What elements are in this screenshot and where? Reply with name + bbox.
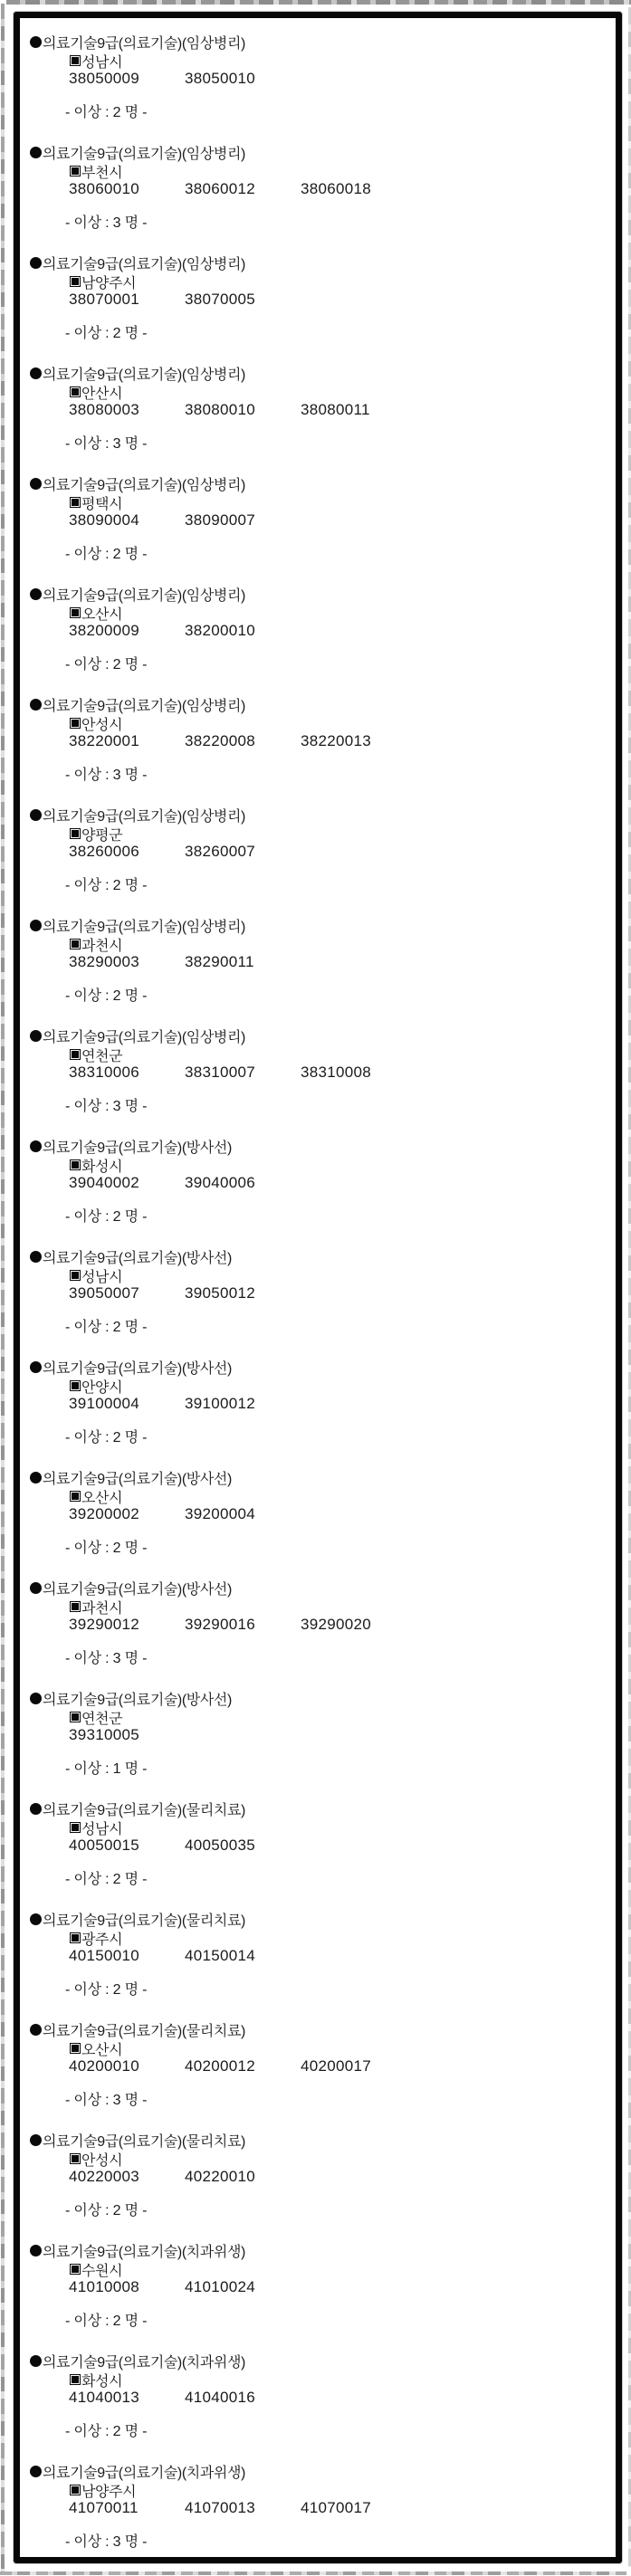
region-bullet-icon [70,55,81,66]
candidate-numbers-line: 382200013822000838220013 [20,732,616,750]
region-bullet-inner [72,278,79,285]
category-bullet-icon [30,588,42,600]
category-bullet-icon [30,2245,42,2256]
region-name: 양평군 [81,824,122,844]
result-block: 의료기술9급(의료기술)(임상병리) 부천시 38060010380600123… [20,143,616,229]
category-title: 의료기술9급(의료기술)(임상병리) [43,473,245,494]
category-title: 의료기술9급(의료기술)(방사선) [43,1578,232,1598]
count-line: - 이상 : 3 명 - [20,2088,616,2106]
category-bullet-icon [30,2024,42,2036]
category-bullet-icon [30,1140,42,1152]
category-line: 의료기술9급(의료기술)(물리치료) [20,2020,616,2039]
region-bullet-icon [70,2264,81,2275]
category-title: 의료기술9급(의료기술)(물리치료) [43,1798,245,1819]
category-title: 의료기술9급(의료기술)(방사선) [43,1357,232,1378]
region-name: 남양주시 [81,272,136,292]
candidate-number: 40220003 [69,2168,185,2186]
region-bullet-icon [70,1270,81,1281]
region-bullet-icon [70,1491,81,1502]
category-title: 의료기술9급(의료기술)(물리치료) [43,2019,245,2040]
region-bullet-inner [72,2486,79,2494]
candidate-number: 39040006 [185,1174,301,1192]
category-bullet-icon [30,1472,42,1484]
region-name: 안성시 [81,2149,122,2170]
candidate-number: 38310007 [185,1064,301,1082]
result-block: 의료기술9급(의료기술)(방사선) 연천군 39310005 - 이상 : 1 … [20,1689,616,1775]
count-line: - 이상 : 2 명 - [20,1867,616,1885]
region-line: 화성시 [20,2371,616,2389]
region-bullet-icon [70,1159,81,1170]
region-bullet-inner [72,388,79,396]
region-line: 오산시 [20,2039,616,2057]
candidate-numbers-line: 3829000338290011 [20,953,616,971]
document-frame: 의료기술9급(의료기술)(임상병리) 성남시 3805000938050010 … [14,12,622,2563]
region-line: 성남시 [20,1266,616,1284]
region-bullet-icon [70,828,81,839]
count-line: - 이상 : 2 명 - [20,873,616,892]
candidate-numbers-line: 392900123929001639290020 [20,1616,616,1634]
candidate-numbers-line: 3807000138070005 [20,291,616,309]
category-line: 의료기술9급(의료기술)(임상병리) [20,364,616,383]
count-line: - 이상 : 3 명 - [20,1646,616,1665]
candidate-number: 40200012 [185,2057,301,2075]
result-block: 의료기술9급(의료기술)(임상병리) 과천시 3829000338290011 … [20,916,616,1002]
category-line: 의료기술9급(의료기술)(치과위생) [20,2241,616,2260]
category-line: 의료기술9급(의료기술)(방사선) [20,1137,616,1156]
region-line: 연천군 [20,1045,616,1064]
candidate-number: 39100012 [185,1395,301,1413]
result-block: 의료기술9급(의료기술)(임상병리) 오산시 3820000938200010 … [20,585,616,671]
region-name: 부천시 [81,161,122,182]
region-line: 안산시 [20,383,616,401]
candidate-number: 40050035 [185,1837,301,1855]
category-line: 의료기술9급(의료기술)(임상병리) [20,253,616,272]
result-block: 의료기술9급(의료기술)(치과위생) 수원시 4101000841010024 … [20,2241,616,2327]
candidate-numbers-line: 39310005 [20,1726,616,1744]
region-bullet-inner [72,2376,79,2383]
region-name: 안성시 [81,713,122,734]
region-bullet-icon [70,2485,81,2495]
candidate-number: 38080010 [185,401,301,419]
candidate-number: 38050009 [69,70,185,88]
category-title: 의료기술9급(의료기술)(방사선) [43,1136,232,1157]
scan-edge-top [6,0,631,5]
result-block: 의료기술9급(의료기술)(임상병리) 양평군 3826000638260007 … [20,806,616,892]
result-block: 의료기술9급(의료기술)(물리치료) 오산시 40200010402000124… [20,2020,616,2106]
category-title: 의료기술9급(의료기술)(임상병리) [43,694,245,715]
count-line: - 이상 : 2 명 - [20,2309,616,2327]
region-bullet-icon [70,2153,81,2164]
result-block: 의료기술9급(의료기술)(방사선) 과천시 392900123929001639… [20,1579,616,1665]
result-block: 의료기술9급(의료기술)(임상병리) 남양주시 3807000138070005… [20,253,616,339]
region-name: 광주시 [81,1928,122,1949]
scanned-document-page: 의료기술9급(의료기술)(임상병리) 성남시 3805000938050010 … [0,0,631,2576]
candidate-number: 38290011 [185,953,301,971]
candidate-number: 38310008 [301,1064,416,1082]
candidate-number: 38220001 [69,732,185,750]
category-title: 의료기술9급(의료기술)(임상병리) [43,805,245,825]
region-line: 광주시 [20,1929,616,1947]
category-bullet-icon [30,36,42,48]
category-line: 의료기술9급(의료기술)(물리치료) [20,1910,616,1929]
category-bullet-icon [30,2134,42,2146]
region-bullet-inner [72,1934,79,1942]
region-bullet-inner [72,1493,79,1500]
count-line: - 이상 : 3 명 - [20,432,616,450]
region-line: 성남시 [20,1818,616,1837]
count-line: - 이상 : 3 명 - [20,211,616,229]
count-line: - 이상 : 2 명 - [20,1536,616,1554]
count-line: - 이상 : 2 명 - [20,321,616,339]
region-line: 남양주시 [20,272,616,291]
candidate-number: 41010024 [185,2278,301,2296]
candidate-number: 38080011 [301,401,416,419]
candidate-number: 38060018 [301,180,416,198]
region-line: 양평군 [20,825,616,843]
candidate-number: 41040013 [69,2389,185,2407]
result-block: 의료기술9급(의료기술)(물리치료) 안성시 4022000340220010 … [20,2131,616,2217]
candidate-number: 38070005 [185,291,301,309]
category-title: 의료기술9급(의료기술)(물리치료) [43,2130,245,2151]
count-line: - 이상 : 2 명 - [20,542,616,560]
region-bullet-icon [70,718,81,729]
candidate-number: 39100004 [69,1395,185,1413]
region-line: 수원시 [20,2260,616,2278]
region-bullet-icon [70,1049,81,1060]
result-block: 의료기술9급(의료기술)(치과위생) 화성시 4104001341040016 … [20,2352,616,2438]
candidate-number: 40200017 [301,2057,416,2075]
candidate-number: 38310006 [69,1064,185,1082]
candidate-numbers-line: 380800033808001038080011 [20,401,616,419]
result-block: 의료기술9급(의료기술)(임상병리) 성남시 3805000938050010 … [20,33,616,119]
region-bullet-inner [72,499,79,506]
candidate-number: 40150014 [185,1947,301,1965]
candidate-numbers-line: 383100063831000738310008 [20,1064,616,1082]
region-bullet-inner [72,830,79,837]
category-line: 의료기술9급(의료기술)(방사선) [20,1358,616,1377]
region-bullet-inner [72,1824,79,1831]
category-line: 의료기술9급(의료기술)(치과위생) [20,2352,616,2371]
region-line: 안성시 [20,2150,616,2168]
candidate-numbers-line: 402000104020001240200017 [20,2057,616,2075]
category-line: 의료기술9급(의료기술)(방사선) [20,1468,616,1487]
candidate-numbers-line: 3920000239200004 [20,1505,616,1523]
region-line: 평택시 [20,493,616,511]
category-bullet-icon [30,367,42,379]
region-bullet-icon [70,939,81,949]
region-line: 과천시 [20,935,616,953]
region-bullet-icon [70,497,81,508]
candidate-number: 41070013 [185,2499,301,2517]
count-line: - 이상 : 2 명 - [20,653,616,671]
candidate-number: 40200010 [69,2057,185,2075]
pass-results-list: 의료기술9급(의료기술)(임상병리) 성남시 3805000938050010 … [20,18,616,2548]
region-bullet-inner [72,1051,79,1058]
category-bullet-icon [30,1913,42,1925]
region-name: 남양주시 [81,2480,136,2501]
category-title: 의료기술9급(의료기술)(치과위생) [43,2240,245,2261]
region-name: 연천군 [81,1045,122,1065]
category-bullet-icon [30,1251,42,1263]
category-title: 의료기술9급(의료기술)(방사선) [43,1246,232,1267]
candidate-number: 41070011 [69,2499,185,2517]
candidate-number: 38220013 [301,732,416,750]
category-line: 의료기술9급(의료기술)(임상병리) [20,916,616,935]
region-name: 오산시 [81,603,122,624]
category-title: 의료기술9급(의료기술)(임상병리) [43,142,245,163]
category-bullet-icon [30,2466,42,2477]
category-bullet-icon [30,478,42,490]
region-bullet-inner [72,609,79,616]
candidate-number: 41070017 [301,2499,416,2517]
count-line: - 이상 : 1 명 - [20,1757,616,1775]
region-bullet-icon [70,166,81,177]
result-block: 의료기술9급(의료기술)(임상병리) 연천군 38310006383100073… [20,1026,616,1112]
region-bullet-icon [70,607,81,618]
category-line: 의료기술9급(의료기술)(물리치료) [20,1799,616,1818]
count-line: - 이상 : 2 명 - [20,1426,616,1444]
category-line: 의료기술9급(의료기술)(치과위생) [20,2462,616,2481]
region-line: 부천시 [20,162,616,180]
candidate-number: 38050010 [185,70,301,88]
region-bullet-icon [70,1822,81,1833]
result-block: 의료기술9급(의료기술)(방사선) 화성시 3904000239040006 -… [20,1137,616,1223]
category-bullet-icon [30,1030,42,1042]
region-bullet-icon [70,1601,81,1612]
candidate-number: 41040016 [185,2389,301,2407]
region-line: 오산시 [20,604,616,622]
category-line: 의료기술9급(의료기술)(임상병리) [20,1026,616,1045]
candidate-number: 39290020 [301,1616,416,1634]
candidate-numbers-line: 380600103806001238060018 [20,180,616,198]
count-line: - 이상 : 3 명 - [20,763,616,781]
category-line: 의료기술9급(의료기술)(방사선) [20,1689,616,1708]
category-bullet-icon [30,2355,42,2367]
candidate-numbers-line: 4022000340220010 [20,2168,616,2186]
region-bullet-inner [72,2045,79,2052]
candidate-number: 41010008 [69,2278,185,2296]
candidate-number: 39310005 [69,1726,185,1744]
candidate-numbers-line: 3904000239040006 [20,1174,616,1192]
category-title: 의료기술9급(의료기술)(방사선) [43,1688,232,1709]
region-bullet-icon [70,2043,81,2054]
result-block: 의료기술9급(의료기술)(치과위생) 남양주시 4107001141070013… [20,2462,616,2548]
region-bullet-icon [70,1932,81,1943]
region-line: 성남시 [20,52,616,70]
category-bullet-icon [30,1361,42,1373]
region-bullet-inner [72,167,79,175]
category-line: 의료기술9급(의료기술)(물리치료) [20,2131,616,2150]
candidate-number: 38290003 [69,953,185,971]
candidate-numbers-line: 3809000438090007 [20,511,616,530]
candidate-number: 39050007 [69,1284,185,1302]
candidate-numbers-line: 3826000638260007 [20,843,616,861]
candidate-number: 38260007 [185,843,301,861]
region-bullet-icon [70,276,81,287]
candidate-number: 40050015 [69,1837,185,1855]
category-title: 의료기술9급(의료기술)(임상병리) [43,915,245,936]
scan-edge-left [1,4,5,2572]
category-bullet-icon [30,1582,42,1594]
candidate-numbers-line: 4101000841010024 [20,2278,616,2296]
result-block: 의료기술9급(의료기술)(방사선) 오산시 3920000239200004 -… [20,1468,616,1554]
region-bullet-inner [72,1603,79,1610]
candidate-number: 39290016 [185,1616,301,1634]
region-name: 연천군 [81,1707,122,1728]
region-name: 안양시 [81,1376,122,1397]
region-name: 과천시 [81,1597,122,1617]
count-line: - 이상 : 2 명 - [20,984,616,1002]
region-name: 화성시 [81,2370,122,2390]
candidate-numbers-line: 4104001341040016 [20,2389,616,2407]
category-line: 의료기술9급(의료기술)(방사선) [20,1579,616,1598]
region-line: 과천시 [20,1598,616,1616]
category-line: 의료기술9급(의료기술)(임상병리) [20,585,616,604]
category-title: 의료기술9급(의료기술)(임상병리) [43,1026,245,1046]
count-line: - 이상 : 2 명 - [20,2199,616,2217]
result-block: 의료기술9급(의료기술)(임상병리) 평택시 3809000438090007 … [20,474,616,560]
candidate-numbers-line: 410700114107001341070017 [20,2499,616,2517]
result-block: 의료기술9급(의료기술)(임상병리) 안성시 38220001382200083… [20,695,616,781]
region-line: 오산시 [20,1487,616,1505]
scan-edge-bottom [0,2571,626,2575]
category-line: 의료기술9급(의료기술)(임상병리) [20,695,616,714]
candidate-number: 40150010 [69,1947,185,1965]
result-block: 의료기술9급(의료기술)(임상병리) 안산시 38080003380800103… [20,364,616,450]
region-name: 성남시 [81,51,122,72]
result-block: 의료기술9급(의료기술)(물리치료) 광주시 4015001040150014 … [20,1910,616,1996]
category-bullet-icon [30,147,42,158]
candidate-numbers-line: 4005001540050035 [20,1837,616,1855]
region-line: 연천군 [20,1708,616,1726]
candidate-numbers-line: 3905000739050012 [20,1284,616,1302]
region-name: 화성시 [81,1155,122,1176]
region-name: 평택시 [81,492,122,513]
category-line: 의료기술9급(의료기술)(임상병리) [20,33,616,52]
category-line: 의료기술9급(의료기술)(방사선) [20,1247,616,1266]
category-bullet-icon [30,809,42,821]
count-line: - 이상 : 2 명 - [20,1205,616,1223]
candidate-number: 38070001 [69,291,185,309]
category-line: 의료기술9급(의료기술)(임상병리) [20,806,616,825]
region-line: 남양주시 [20,2481,616,2499]
count-line: - 이상 : 2 명 - [20,1315,616,1333]
category-bullet-icon [30,1693,42,1704]
region-name: 안산시 [81,382,122,403]
count-line: - 이상 : 3 명 - [20,2530,616,2548]
result-block: 의료기술9급(의료기술)(방사선) 안양시 3910000439100012 -… [20,1358,616,1444]
candidate-numbers-line: 3820000938200010 [20,622,616,640]
category-title: 의료기술9급(의료기술)(임상병리) [43,32,245,52]
count-line: - 이상 : 2 명 - [20,1978,616,1996]
region-bullet-icon [70,1712,81,1722]
candidate-number: 38220008 [185,732,301,750]
region-bullet-inner [72,720,79,727]
region-name: 오산시 [81,2038,122,2059]
candidate-number: 39200004 [185,1505,301,1523]
result-block: 의료기술9급(의료기술)(방사선) 성남시 3905000739050012 -… [20,1247,616,1333]
region-bullet-inner [72,57,79,64]
category-line: 의료기술9급(의료기술)(임상병리) [20,474,616,493]
count-line: - 이상 : 2 명 - [20,2419,616,2438]
region-name: 과천시 [81,934,122,955]
region-name: 수원시 [81,2259,122,2280]
region-bullet-inner [72,940,79,948]
candidate-number: 38090007 [185,511,301,530]
region-bullet-icon [70,1380,81,1391]
candidate-number: 38200009 [69,622,185,640]
region-bullet-inner [72,2266,79,2273]
candidate-number: 39040002 [69,1174,185,1192]
category-bullet-icon [30,920,42,931]
result-block: 의료기술9급(의료기술)(물리치료) 성남시 4005001540050035 … [20,1799,616,1885]
category-bullet-icon [30,1803,42,1815]
category-title: 의료기술9급(의료기술)(임상병리) [43,584,245,605]
region-name: 오산시 [81,1486,122,1507]
region-bullet-inner [72,2155,79,2162]
candidate-number: 38200010 [185,622,301,640]
region-bullet-inner [72,1272,79,1279]
category-title: 의료기술9급(의료기술)(물리치료) [43,1909,245,1930]
candidate-numbers-line: 3805000938050010 [20,70,616,88]
candidate-number: 38060010 [69,180,185,198]
count-line: - 이상 : 2 명 - [20,100,616,119]
category-title: 의료기술9급(의료기술)(임상병리) [43,253,245,273]
candidate-number: 38260006 [69,843,185,861]
candidate-number: 40220010 [185,2168,301,2186]
region-line: 화성시 [20,1156,616,1174]
region-line: 안양시 [20,1377,616,1395]
region-bullet-icon [70,2374,81,2385]
category-bullet-icon [30,699,42,711]
region-bullet-icon [70,386,81,397]
category-line: 의료기술9급(의료기술)(임상병리) [20,143,616,162]
region-line: 안성시 [20,714,616,732]
count-line: - 이상 : 3 명 - [20,1094,616,1112]
category-title: 의료기술9급(의료기술)(임상병리) [43,363,245,384]
region-bullet-inner [72,1713,79,1721]
region-bullet-inner [72,1161,79,1169]
category-title: 의료기술9급(의료기술)(치과위생) [43,2351,245,2371]
candidate-number: 38060012 [185,180,301,198]
candidate-number: 38090004 [69,511,185,530]
category-title: 의료기술9급(의료기술)(치과위생) [43,2461,245,2482]
candidate-number: 39050012 [185,1284,301,1302]
candidate-numbers-line: 3910000439100012 [20,1395,616,1413]
category-bullet-icon [30,257,42,269]
category-title: 의료기술9급(의료기술)(방사선) [43,1467,232,1488]
region-name: 성남시 [81,1265,122,1286]
candidate-numbers-line: 4015001040150014 [20,1947,616,1965]
region-name: 성남시 [81,1818,122,1838]
candidate-number: 39200002 [69,1505,185,1523]
candidate-number: 39290012 [69,1616,185,1634]
region-bullet-inner [72,1382,79,1389]
candidate-number: 38080003 [69,401,185,419]
